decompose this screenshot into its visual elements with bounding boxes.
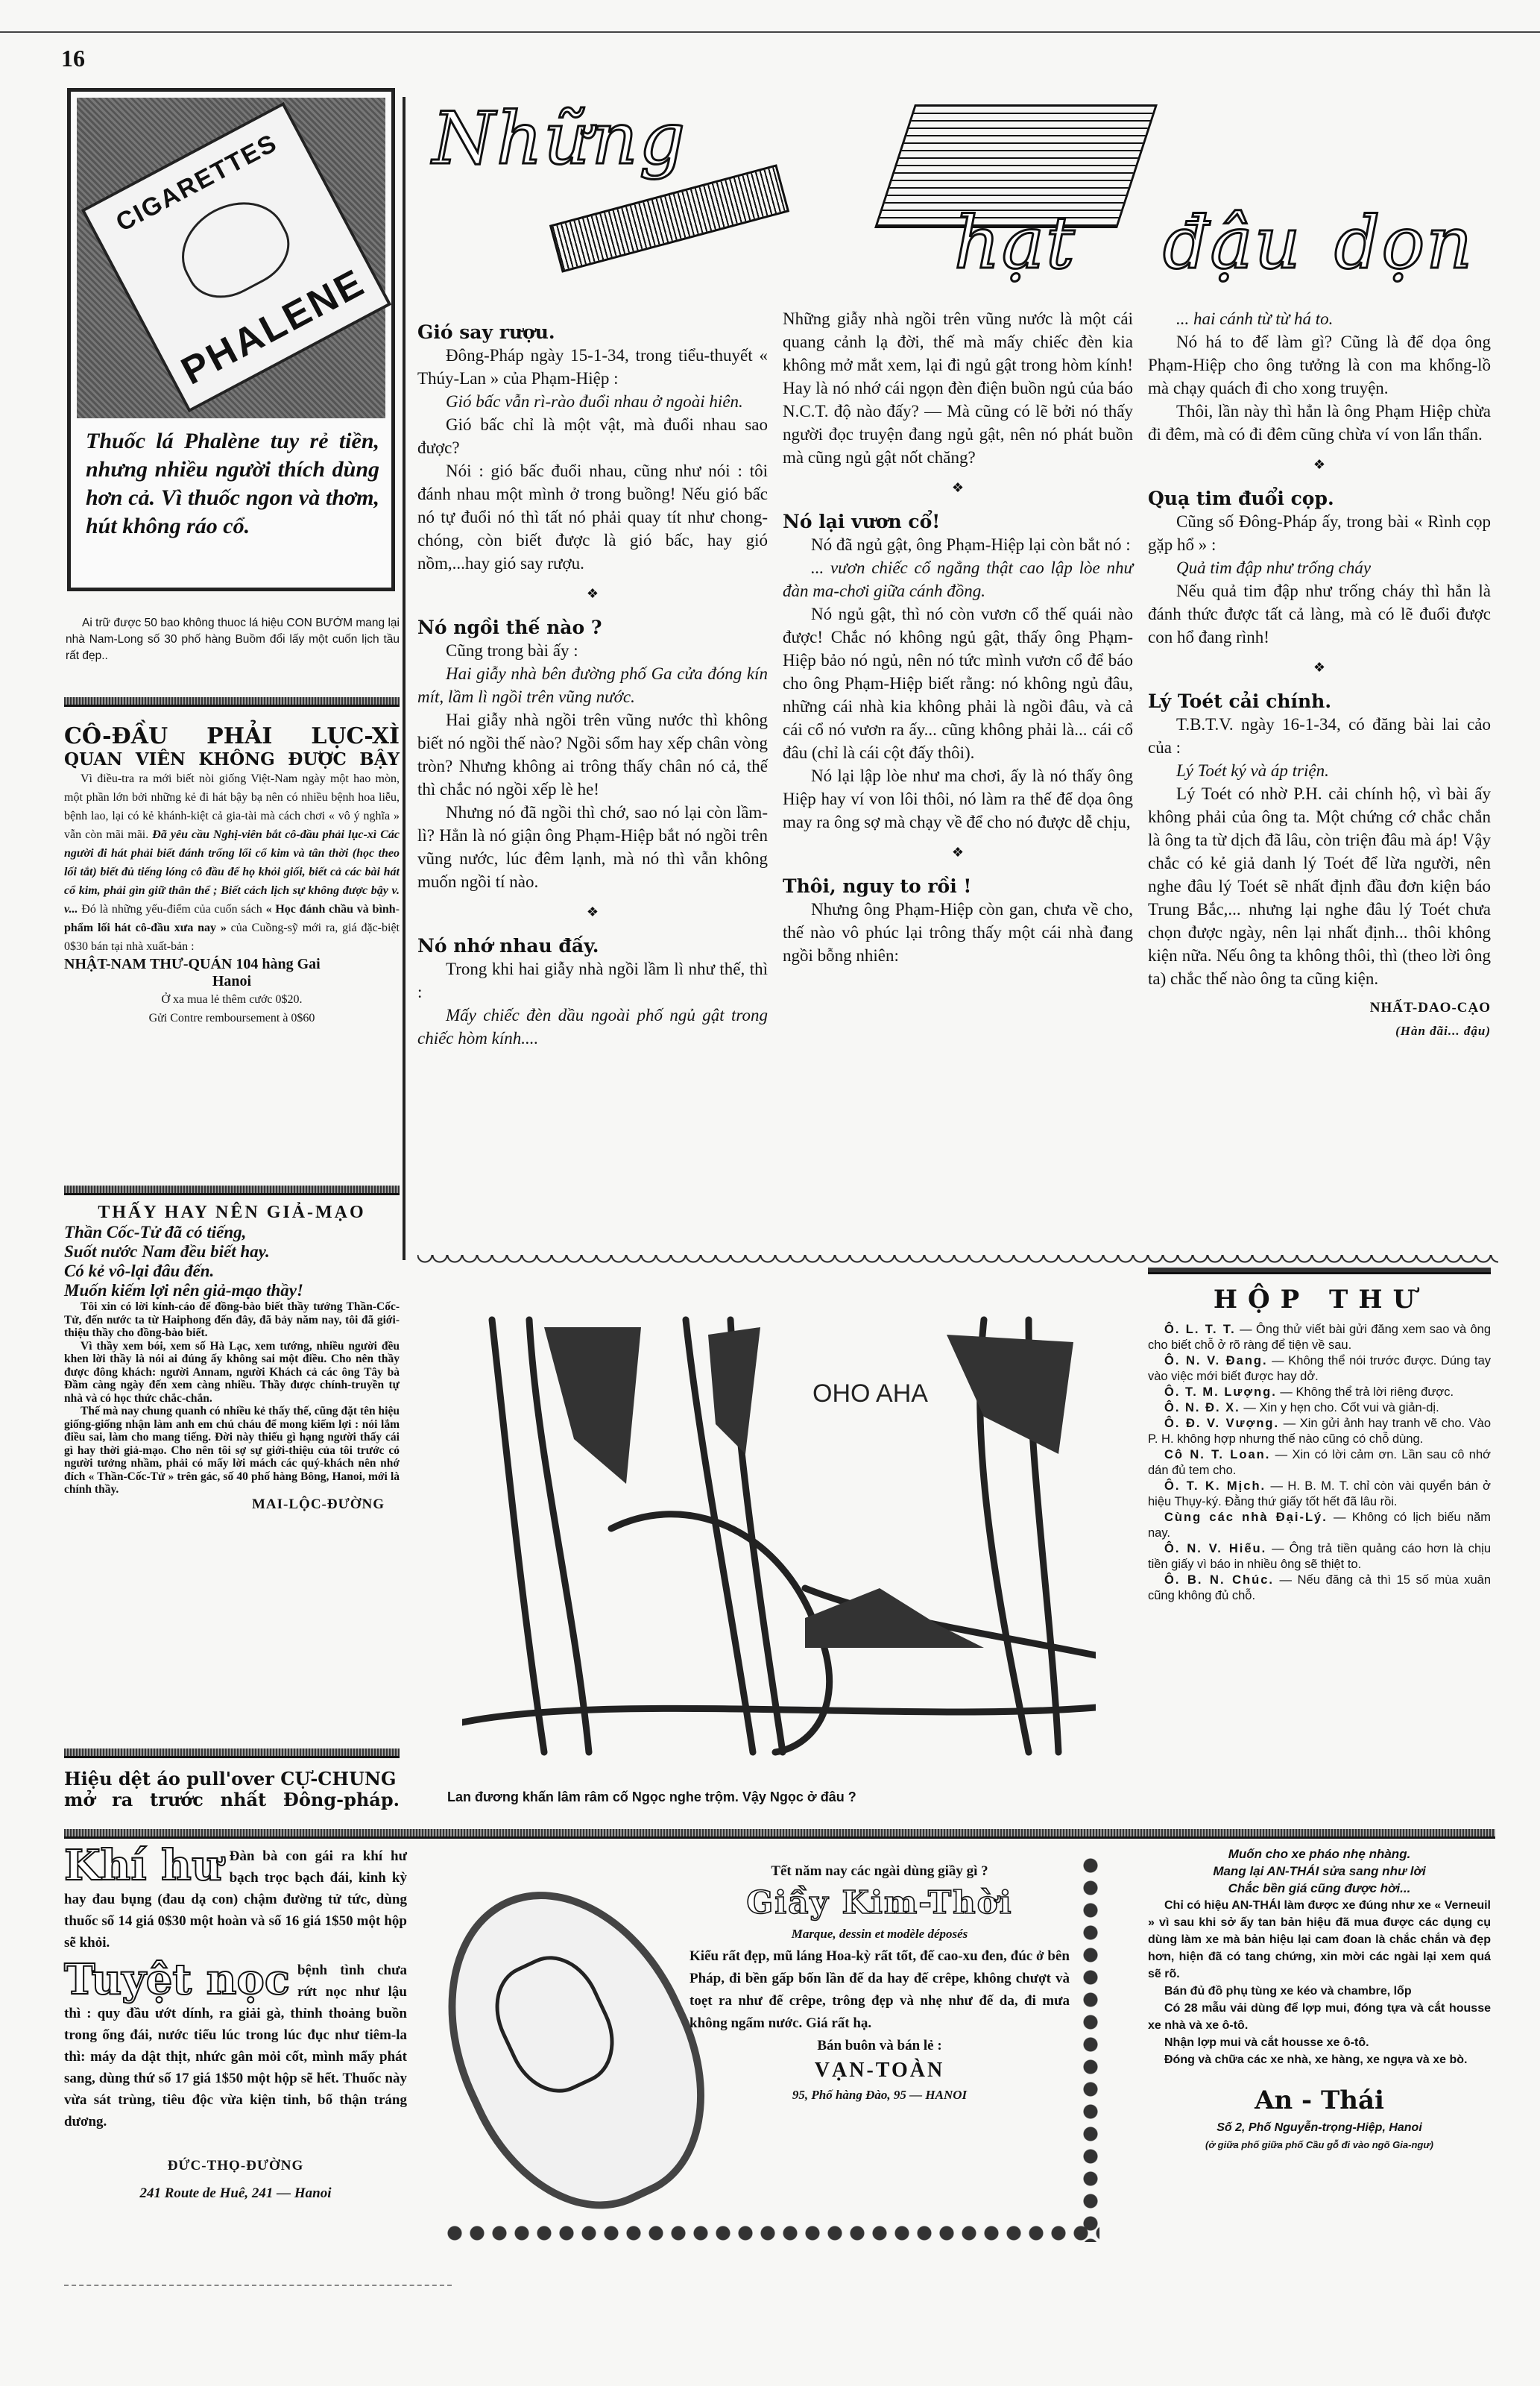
masthead: Những hạt đậu dọn <box>417 89 1498 298</box>
article-para: Cũng số Đông-Pháp ấy, trong bài « Rình c… <box>1148 510 1491 556</box>
section-heading: Thôi, nguy to rồi ! <box>783 875 1133 898</box>
shoe-teaser: Tết năm nay các ngài dùng giầy gì ? <box>689 1860 1070 1883</box>
article-quote: ... vươn chiếc cổ ngẳng thật cao lập lòe… <box>783 556 1133 602</box>
section-heading: Nó ngồi thế nào ? <box>417 616 768 639</box>
mail-entry: Ô. N. V. Hiếu. — Ông trả tiền quảng cáo … <box>1148 1541 1491 1573</box>
mail-entry: Ô. T. M. Lượng. — Không thể trả lời riên… <box>1148 1385 1491 1400</box>
shoe-sale: Bán buôn và bán lẻ : <box>689 2035 1070 2057</box>
masthead-word: đậu <box>1163 201 1302 285</box>
mail-entry: Ô. L. T. T. — Ông thử viết bài gửi đăng … <box>1148 1322 1491 1353</box>
an-thai-para: Nhận lợp mui và cắt housse xe ô-tô. <box>1148 2034 1491 2051</box>
fortune-para: Vì thầy xem bói, xem số Hà Lạc, xem tướn… <box>64 1340 400 1406</box>
article-para: Nó ngủ gật, thì nó còn vươn cổ thế quái … <box>783 602 1133 764</box>
fortune-headline: THẤY HAY NÊN GIẢ-MẠO <box>64 1203 400 1223</box>
khi-hu-title: Khí hư <box>64 1845 222 1886</box>
article-quote: Hai giẫy nhà bên đường phố Ga cửa đóng k… <box>417 662 768 708</box>
poem-line: Muốn kiếm lợi nên giả-mạo thầy! <box>64 1281 400 1300</box>
cigarette-pack-illustration: CIGARETTES PHALENE <box>77 98 385 418</box>
medicine-signature: ĐỨC-THỌ-ĐƯỜNG <box>64 2155 407 2176</box>
phalene-note: Ai trữ được 50 bao không thuoc lá hiệu C… <box>66 615 400 664</box>
mail-entry: Ô. T. K. Mịch. — H. B. M. T. chỉ còn vài… <box>1148 1479 1491 1510</box>
ornament-icon: ❖ <box>783 841 1133 864</box>
article-para: T.B.T.V. ngày 16-1-34, có đăng bài lai c… <box>1148 713 1491 759</box>
an-thai-para: Bán đủ đồ phụ tùng xe kéo và chambre, lố… <box>1148 1983 1491 2000</box>
shoe-body: Kiểu rất đẹp, mũ láng Hoa-kỳ rất tốt, đế… <box>689 1945 1070 2035</box>
fortune-signature: MAI-LỘC-ĐƯỜNG <box>64 1496 385 1513</box>
divider <box>64 1186 400 1195</box>
phalene-slogan: Thuốc lá Phalène tuy rẻ tiền, nhưng nhiề… <box>86 427 379 541</box>
divider <box>64 697 400 707</box>
dot-border <box>1082 1854 1099 2242</box>
article-para: Nó há to để làm gì? Cũng là để dọa ông P… <box>1148 330 1491 400</box>
column-rule <box>403 97 405 1260</box>
section-heading: Nó nhớ nhau đấy. <box>417 934 768 957</box>
ornament-icon: ❖ <box>1148 453 1491 476</box>
article-column-3: ... hai cánh từ từ há to. Nó há to để là… <box>1148 307 1491 1042</box>
cod-note: Gửi Contre remboursement à 0$60 <box>64 1009 400 1027</box>
mail-entry: Ô. Đ. V. Vượng. — Xin gửi ảnh hay tranh … <box>1148 1416 1491 1447</box>
article-column-2: Những giẫy nhà ngồi trên vũng nước là mộ… <box>783 307 1133 967</box>
an-thai-para: Có 28 mẫu vải dùng để lợp mui, đóng tựa … <box>1148 2000 1491 2034</box>
forest-illustration: OHO AHA <box>462 1305 1096 1767</box>
comb-icon <box>549 164 789 273</box>
bottom-divider <box>64 1829 1495 1839</box>
shoe-shop: VẠN-TOÀN <box>689 2057 1070 2084</box>
poem-line: Mang lại AN-THÁI sửa sang như lời <box>1148 1863 1491 1880</box>
fortune-teller-ad: THẤY HAY NÊN GIẢ-MẠO Thần Cốc-Tử đã có t… <box>64 1186 400 1513</box>
article-quote: Gió bấc vẫn rì-rào đuổi nhau ở ngoài hiê… <box>417 390 768 413</box>
ornament-icon: ❖ <box>783 476 1133 500</box>
section-heading: Quạ tim đuổi cọp. <box>1148 487 1491 510</box>
article-para: Nó đã ngủ gật, ông Phạm-Hiệp lại còn bắt… <box>783 533 1133 556</box>
article-para: Thôi, lần này thì hẳn là ông Phạm Hiệp c… <box>1148 400 1491 446</box>
article-para: Nói : gió bấc đuổi nhau, cũng như nói : … <box>417 459 768 575</box>
an-thai-para: Đóng và chữa các xe nhà, xe hàng, xe ngự… <box>1148 2051 1491 2068</box>
medicine-address: 241 Route de Huê, 241 — Hanoi <box>64 2182 407 2204</box>
shipping-note: Ở xa mua lẻ thêm cước 0$20. <box>64 990 400 1009</box>
publisher: NHẬT-NAM THƯ-QUÁN 104 hàng Gai <box>64 956 400 973</box>
medicine-ad: Khí hư Đàn bà con gái ra khí hư bạch trọ… <box>64 1845 407 2204</box>
ornament-icon: ❖ <box>417 901 768 924</box>
article-signature: NHẤT-DAO-CẠO <box>1148 996 1491 1019</box>
co-dau-headline: CÔ-ĐẦU PHẢI LỤC-XÌ <box>64 723 400 749</box>
section-heading: Gió say rượu. <box>417 321 768 344</box>
article-column-1: Gió say rượu. Đông-Pháp ngày 15-1-34, tr… <box>417 321 768 1050</box>
cigarette-pack: CIGARETTES PHALENE <box>81 102 392 413</box>
shoe-title: Giầy Kim-Thời <box>689 1883 1070 1923</box>
tuyet-noc-title: Tuyệt nọc <box>64 1960 290 2000</box>
mail-entry: Ô. B. N. Chúc. — Nếu đăng cả thì 15 số m… <box>1148 1573 1491 1604</box>
poem-line: Muốn cho xe pháo nhẹ nhàng. <box>1148 1845 1491 1863</box>
masthead-word: dọn <box>1334 201 1474 285</box>
mail-entry: Cùng các nhà Đại-Lý. — Không có lịch biế… <box>1148 1510 1491 1541</box>
article-para: Trong khi hai giẫy nhà ngồi lầm lì như t… <box>417 957 768 1004</box>
article-para: Nhưng ông Phạm-Hiệp còn gan, chưa về cho… <box>783 898 1133 967</box>
an-thai-para: Chỉ có hiệu AN-THÁI làm được xe đúng như… <box>1148 1897 1491 1983</box>
article-quote: Mấy chiếc đèn dầu ngoài phố ngủ gật tron… <box>417 1004 768 1050</box>
publisher-city: Hanoi <box>64 973 400 990</box>
article-para: Cũng trong bài ấy : <box>417 639 768 662</box>
poem-line: Suốt nước Nam đều biết hay. <box>64 1242 400 1262</box>
shoe-address: 95, Phố hàng Đào, 95 — HANOI <box>689 2084 1070 2106</box>
phalene-cigarette-ad: CIGARETTES PHALENE Thuốc lá Phalène tuy … <box>67 88 395 591</box>
article-para: Nhưng nó đã ngồi thì chớ, sao nó lại còn… <box>417 801 768 893</box>
speech-text: OHO AHA <box>812 1379 928 1408</box>
mailbox-column: HỘP THƯ Ô. L. T. T. — Ông thử viết bài g… <box>1148 1268 1491 1604</box>
pullover-line1: Hiệu dệt áo pull'over CỰ-CHUNG <box>64 1769 400 1789</box>
co-dau-subheadline: QUAN VIÊN KHÔNG ĐƯỢC BẬY <box>64 749 400 769</box>
fortune-para: Thế mà nay chung quanh có nhiều kẻ thấy … <box>64 1405 400 1496</box>
article-para: Nó lại lập lòe như ma chơi, ấy là nó thấ… <box>783 764 1133 834</box>
an-thai-poem: Muốn cho xe pháo nhẹ nhàng. Mang lại AN-… <box>1148 1845 1491 1897</box>
mailbox-title: HỘP THƯ <box>1148 1285 1491 1315</box>
shoe-ad: Tết năm nay các ngài dùng giầy gì ? Giầy… <box>444 1854 1099 2242</box>
article-para: Những giẫy nhà ngồi trên vũng nước là mộ… <box>783 307 1133 469</box>
mail-entry: Ô. N. Đ. X. — Xin y hẹn cho. Cốt vui và … <box>1148 1400 1491 1416</box>
co-dau-ad: CÔ-ĐẦU PHẢI LỤC-XÌ QUAN VIÊN KHÔNG ĐƯỢC … <box>64 697 400 1027</box>
trees-drawing: OHO AHA <box>462 1305 1096 1767</box>
an-thai-address: Số 2, Phố Nguyễn-trọng-Hiệp, Hanoi <box>1148 2119 1491 2136</box>
poem-line: Thần Cốc-Tử đã có tiếng, <box>64 1223 400 1242</box>
divider <box>1148 1268 1491 1274</box>
mail-entry: Cô N. T. Loan. — Xin có lời cảm ơn. Lần … <box>1148 1447 1491 1479</box>
poem-line: Có kẻ vô-lại đâu đến. <box>64 1262 400 1281</box>
divider <box>64 1748 400 1758</box>
fortune-para: Tôi xin có lời kính-cáo để đồng-bào biết… <box>64 1300 400 1340</box>
section-heading: Lý Toét cải chính. <box>1148 690 1491 713</box>
wavy-divider <box>417 1255 1498 1265</box>
an-thai-ad: Muốn cho xe pháo nhẹ nhàng. Mang lại AN-… <box>1148 1845 1491 2153</box>
article-quote: ... hai cánh từ từ há to. <box>1148 307 1491 330</box>
top-rule <box>0 31 1540 33</box>
section-heading: Nó lại vươn cổ! <box>783 510 1133 533</box>
an-thai-brand: An - Thái <box>1148 2082 1491 2119</box>
pullover-ad: Hiệu dệt áo pull'over CỰ-CHUNG mở ra trư… <box>64 1748 400 1810</box>
page-number: 16 <box>61 45 85 72</box>
poem-line: Chắc bền giá cũng được hời... <box>1148 1880 1491 1897</box>
mail-entry: Ô. N. V. Đang. — Không thể nói trước đượ… <box>1148 1353 1491 1385</box>
article-para: Lý Toét có nhờ P.H. cải chính hộ, vì bài… <box>1148 782 1491 990</box>
pullover-line2: mở ra trước nhất Đông-pháp. <box>64 1789 400 1810</box>
fortune-poem: Thần Cốc-Tử đã có tiếng, Suốt nước Nam đ… <box>64 1223 400 1300</box>
ornament-icon: ❖ <box>1148 656 1491 679</box>
article-quote: Quả tim đập như trống cháy <box>1148 556 1491 579</box>
ornament-icon: ❖ <box>417 582 768 605</box>
masthead-word: Những <box>432 97 687 180</box>
co-dau-rest: Đó là những yếu-điểm của cuốn sách <box>81 903 262 916</box>
shoe-trademark: Marque, dessin et modèle déposés <box>689 1923 1070 1945</box>
article-para: Đông-Pháp ngày 15-1-34, trong tiểu-thuyế… <box>417 344 768 390</box>
article-para: Gió bấc chỉ là một vật, mà đuổi nhau sao… <box>417 413 768 459</box>
illustration-caption: Lan đương khấn lâm râm cố Ngọc nghe trộm… <box>447 1789 1044 1805</box>
masthead-word: hạt <box>954 201 1076 285</box>
article-para: Nếu quả tim đập như trống cháy thì hẳn l… <box>1148 579 1491 649</box>
article-para: Hai giẫy nhà ngồi trên vũng nước thì khô… <box>417 708 768 801</box>
an-thai-address-note: (ở giữa phố giữa phố Cầu gỗ đi vào ngõ G… <box>1148 2136 1491 2153</box>
dot-border <box>444 2224 1099 2242</box>
bottom-edge-scribble <box>64 2273 452 2286</box>
article-quote: Lý Toét ký và áp triện. <box>1148 759 1491 782</box>
article-signature-note: (Hàn đãi... đậu) <box>1148 1019 1491 1042</box>
